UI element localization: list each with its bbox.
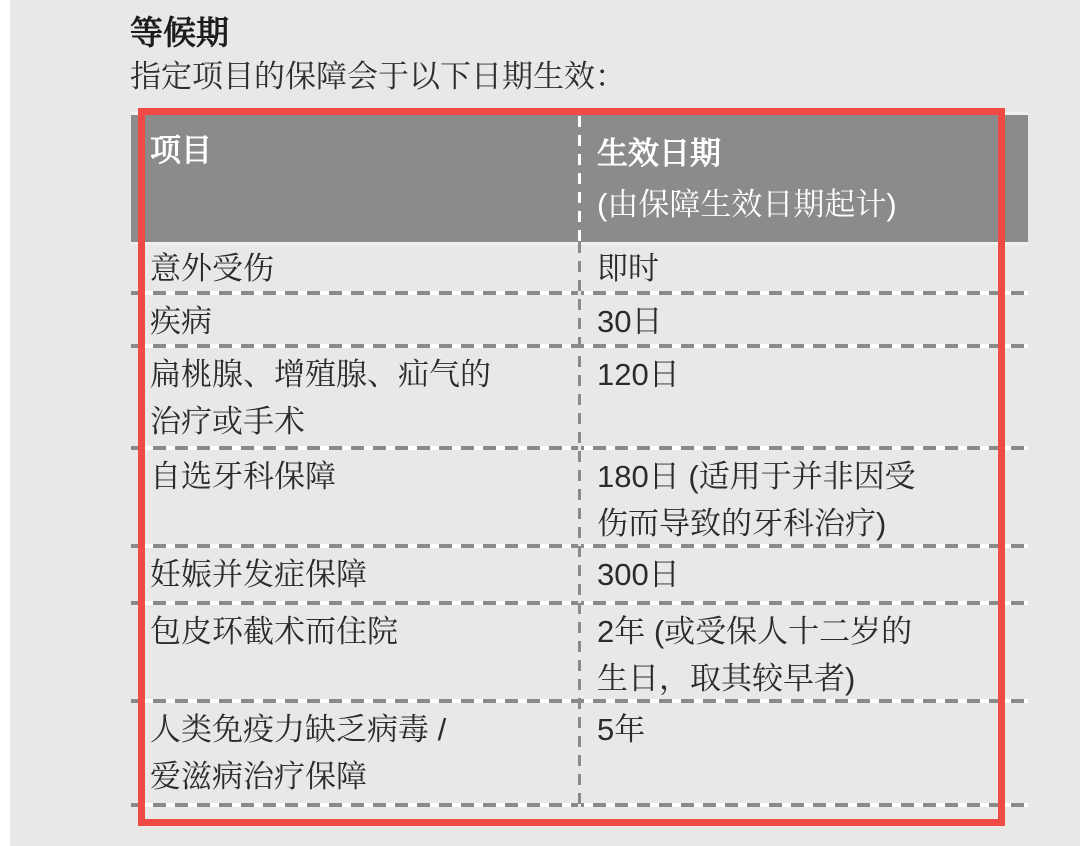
item-cell: 妊娠并发症保障 [150,551,580,598]
item-cell: 包皮环截术而住院 [150,608,580,655]
date-cell: 180日 (适用于并非因受 伤而导致的牙科治疗) [597,453,1018,547]
date-cell: 2年 (或受保人十二岁的 生日，取其较早者) [597,608,1018,702]
column-header-item: 项目 [150,128,212,174]
date-cell: 5年 [597,706,1018,753]
column-header-date: 生效日期 (由保障生效日期起计) [597,131,1018,228]
section-subtitle: 指定项目的保障会于以下日期生效： [130,56,626,98]
item-cell: 人类免疫力缺乏病毒 / 爱滋病治疗保障 [150,706,580,800]
document-page: 等候期 指定项目的保障会于以下日期生效： 项目 生效日期 (由保障生效日期起计)… [0,0,1080,846]
section-title: 等候期 [130,12,229,54]
date-cell: 即时 [597,245,1018,292]
page-left-margin [0,0,10,846]
column-header-date-note: (由保障生效日期起计) [597,182,1018,228]
column-divider-body-segment [578,242,581,807]
item-cell: 疾病 [150,298,580,345]
item-cell: 扁桃腺、增殖腺、疝气的 治疗或手术 [150,351,580,445]
date-cell: 120日 [597,351,1018,398]
item-cell: 自选牙科保障 [150,453,580,500]
column-divider-header-segment [578,116,581,241]
item-cell: 意外受伤 [150,245,580,292]
column-header-date-label: 生效日期 [597,131,1018,177]
date-cell: 30日 [597,298,1018,345]
date-cell: 300日 [597,551,1018,598]
